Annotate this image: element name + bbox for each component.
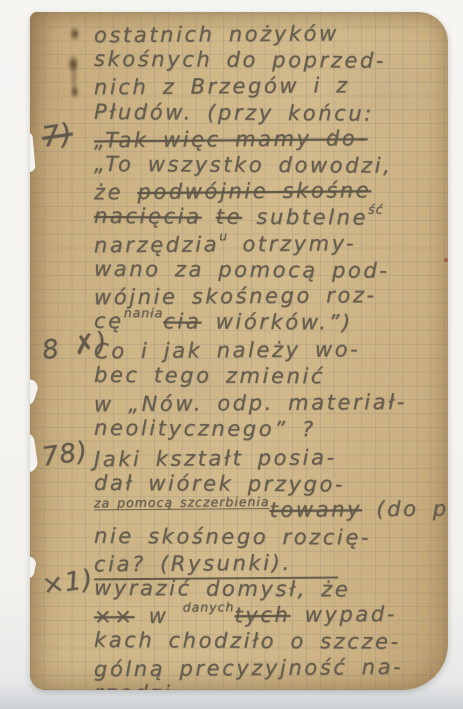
- handwriting-line: neolitycznego” ?: [94, 415, 446, 443]
- crossed-out-text: tych: [234, 603, 290, 627]
- inserted-correction-text: ść: [368, 204, 383, 216]
- handwriting-line: Płudów. (przy końcu:: [94, 98, 446, 126]
- handwriting-line: rzędzi.: [94, 680, 446, 690]
- torn-edge: [30, 431, 39, 472]
- margin-number: 7): [40, 120, 74, 150]
- torn-edge: [30, 379, 40, 407]
- handwriting-line-text: bec tego zmienić: [94, 362, 325, 390]
- handwritten-text: nich z Brzegów i z: [94, 74, 350, 100]
- handwritten-text: wano za pomocą pod-: [94, 257, 390, 283]
- handwriting-line-text: Jaki kształt posia-: [94, 444, 337, 472]
- handwriting-line-text: „To wszystko dowodzi,: [94, 151, 393, 179]
- crossed-out-text: towany: [270, 498, 363, 523]
- margin-number: ×1): [41, 566, 96, 599]
- handwriting-line: 7)„Tak więc mamy do-: [94, 124, 446, 153]
- handwriting-line-text: że podwójnie skośne: [94, 177, 371, 205]
- handwriting-line: bec tego zmienić: [94, 362, 446, 390]
- handwriting-line: nacięcia te subtelneść: [94, 203, 446, 231]
- handwritten-text: Płudów. (przy końcu:: [94, 99, 374, 125]
- photo-backdrop: ostatnich nożykówskośnych do poprzed-nic…: [0, 0, 463, 709]
- handwriting-line-text: narzędziau otrzymy-: [94, 230, 356, 258]
- handwritten-text: rzędzi.: [94, 681, 182, 690]
- handwritten-text: narzędzia: [94, 232, 219, 257]
- handwritten-text: skośnych do poprzed-: [94, 47, 386, 73]
- inserted-correction-text: nania: [124, 307, 164, 319]
- handwriting-line-text: „Tak więc mamy do-: [94, 125, 368, 153]
- handwritten-text: „To wszystko dowodzi,: [94, 152, 393, 178]
- torn-edge: [30, 132, 36, 173]
- handwriting-line: że podwójnie skośne: [94, 177, 446, 206]
- crossed-out-text: nacięcia: [94, 204, 202, 229]
- crossed-out-text: ××: [94, 604, 135, 628]
- crossed-out-text: cia: [163, 309, 201, 333]
- inserted-correction-text: danych: [183, 601, 235, 613]
- handwriting-line-text: nie skośnego rozcię-: [94, 522, 371, 550]
- handwriting-line: cia? (Rysunki).: [94, 548, 446, 577]
- handwritten-text: nie skośnego rozcię-: [94, 523, 371, 549]
- handwriting-line-text: gólną precyzyjność na-: [94, 653, 403, 682]
- handwriting-line: gólną precyzyjność na-: [94, 653, 446, 682]
- handwritten-text: neolitycznego” ?: [94, 416, 316, 441]
- handwriting-line-text: ostatnich nożyków: [94, 20, 339, 48]
- crossed-out-text: te: [216, 205, 243, 229]
- handwritten-text: Jaki kształt posia-: [94, 445, 337, 471]
- handwriting-line-text: rzędzi.: [94, 680, 182, 690]
- handwriting-line: w „Nów. odp. materiał-: [94, 388, 446, 417]
- handwriting-line: skośnych do poprzed-: [94, 46, 446, 74]
- handwriting-line-text: ×× w danychtych wypad-: [94, 601, 397, 630]
- handwriting-line: 78)Jaki kształt posia-: [94, 444, 446, 473]
- handwritten-text: wypad-: [290, 602, 397, 627]
- inserted-correction-text: u: [219, 230, 228, 242]
- handwritten-text: kach chodziło o szcze-: [94, 628, 401, 654]
- inserted-correction-text: za pomocą szczerbienia: [94, 496, 270, 510]
- torn-edge: [30, 556, 37, 580]
- handwritten-text: w „Nów. odp. materiał-: [94, 390, 407, 416]
- handwritten-text: otrzymy-: [228, 231, 356, 256]
- handwritten-text: cia? (Rysunki).: [94, 551, 292, 577]
- handwriting-line-text: skośnych do poprzed-: [94, 46, 386, 74]
- handwriting-line-text: nacięcia te subtelneść: [94, 203, 384, 231]
- handwriting-line: ×1)wyrazić domysł, że: [94, 575, 446, 603]
- handwriting-line-text: Płudów. (przy końcu:: [94, 98, 374, 126]
- margin-number: 78): [40, 438, 90, 471]
- handwriting-line: cęnaniacia wiórków.”): [94, 308, 446, 336]
- handwriting-line: za pomocą szczerbieniatowany (do podwój-: [94, 496, 446, 525]
- handwriting-line-text: za pomocą szczerbieniatowany (do podwój-: [94, 495, 448, 525]
- handwritten-text: gólną precyzyjność na-: [94, 654, 403, 680]
- handwriting-line-text: Co i jak należy wo-: [94, 337, 360, 365]
- handwriting-line: wano za pomocą pod-: [94, 256, 446, 284]
- handwritten-text: [201, 205, 215, 229]
- handwriting-line: nich z Brzegów i z: [94, 72, 446, 101]
- handwriting-line: narzędziau otrzymy-: [94, 229, 446, 258]
- crossed-out-text: „Tak więc mamy do-: [94, 126, 368, 152]
- handwriting-block: ostatnich nożykówskośnych do poprzed-nic…: [94, 21, 446, 690]
- handwritten-text: (do podwój-: [362, 496, 448, 521]
- handwriting-line: „To wszystko dowodzi,: [94, 151, 446, 179]
- notebook-page: ostatnich nożykówskośnych do poprzed-nic…: [30, 12, 448, 690]
- handwritten-text: w: [134, 604, 183, 628]
- ink-stain: [66, 22, 82, 122]
- handwritten-text: bec tego zmienić: [94, 363, 325, 388]
- handwritten-text: dał wiórek przygo-: [94, 471, 345, 497]
- handwritten-text: Co i jak należy wo-: [94, 338, 360, 364]
- handwritten-text: wyrazić domysł, że: [94, 576, 350, 602]
- handwriting-line: ostatnich nożyków: [94, 20, 446, 49]
- handwriting-line: 8 ✗)Co i jak należy wo-: [94, 336, 446, 365]
- handwritten-text: wiórków.”): [201, 310, 353, 335]
- handwriting-line: ×× w danychtych wypad-: [94, 601, 446, 630]
- handwriting-line: kach chodziło o szcze-: [94, 627, 446, 655]
- handwriting-line-text: cęnaniacia wiórków.”): [94, 308, 353, 336]
- handwritten-text: ostatnich nożyków: [94, 21, 339, 47]
- handwriting-line: nie skośnego rozcię-: [94, 522, 446, 550]
- handwriting-line-text: nich z Brzegów i z: [94, 73, 350, 101]
- handwriting-line-text: kach chodziło o szcze-: [94, 627, 401, 655]
- handwriting-line-text: neolitycznego” ?: [94, 415, 316, 443]
- handwritten-text: że: [94, 180, 138, 204]
- handwritten-text: subtelne: [242, 205, 368, 230]
- crossed-out-text: podwójnie skośne: [137, 178, 371, 204]
- handwriting-line-text: w „Nów. odp. materiał-: [94, 389, 407, 418]
- handwriting-line-text: wano za pomocą pod-: [94, 256, 390, 284]
